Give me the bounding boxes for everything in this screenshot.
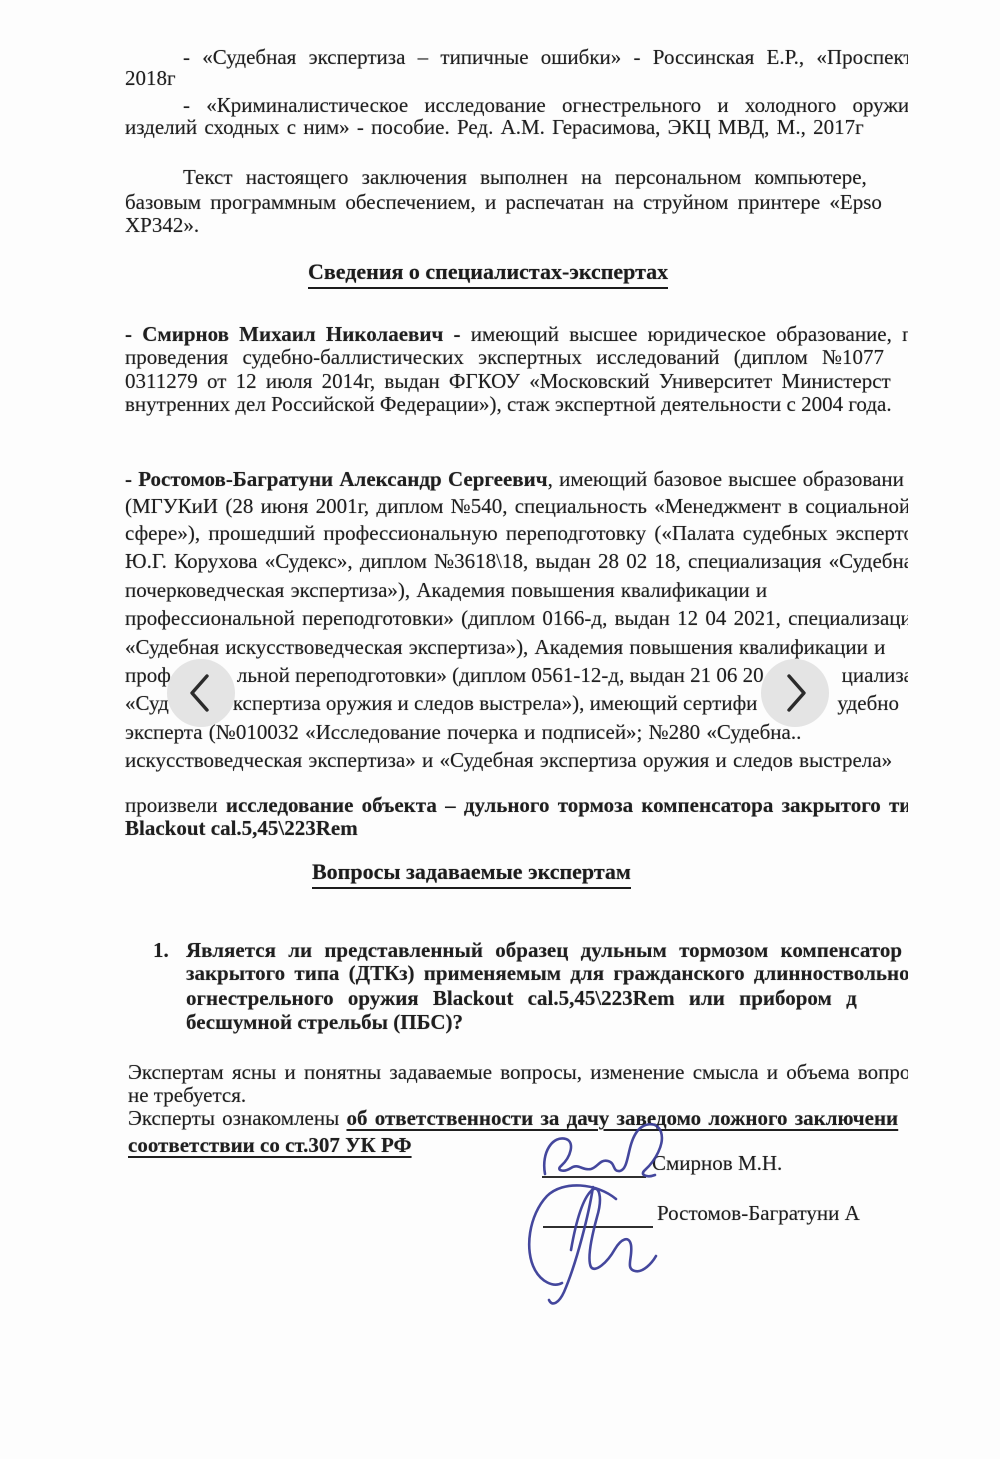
expert2-text: «Суд [125, 691, 169, 715]
expert2-line: - Ростомов-Багратуни Александр Сергеевич… [125, 466, 904, 492]
closing-prefix: Эксперты ознакомлены [128, 1106, 346, 1130]
expert2-line: «Судебная искусствоведческая экспертиза»… [125, 634, 885, 660]
prev-button[interactable] [167, 659, 235, 727]
object-prefix: произвели [125, 793, 226, 817]
section-heading-experts: Сведения о специалистах-экспертах [308, 259, 668, 289]
signature-stroke [544, 1124, 662, 1176]
tech-note-line: базовым программным обеспечением, и расп… [125, 189, 882, 215]
question-number: 1. [153, 937, 169, 963]
expert1-name: - Смирнов Михаил Николаевич - [125, 322, 461, 346]
expert1-line: внутренних дел Российской Федерации»), с… [125, 391, 892, 417]
expert2-text: проф [125, 663, 171, 687]
next-button[interactable] [761, 659, 829, 727]
tech-note-line: Текст настоящего заключения выполнен на … [183, 164, 867, 190]
tech-note-line: XP342». [125, 212, 199, 238]
bibliography-line: изделий сходных с ним» - пособие. Ред. А… [125, 114, 864, 140]
scanned-text-area: - «Судебная экспертиза – типичные ошибки… [0, 0, 908, 1459]
closing-line: соответствии со ст.307 УК РФ [128, 1132, 412, 1158]
expert2-text: льной переподготовки» (диплом 0561-12-д,… [237, 663, 764, 687]
document-page: - «Судебная экспертиза – типичные ошибки… [0, 0, 1000, 1459]
expert2-line: искусствоведческая экспертиза» и «Судебн… [125, 747, 892, 773]
object-line: Blackout cal.5,45\223Rem [125, 815, 358, 841]
expert2-line: почерковедческая экспертиза»), Академия … [125, 577, 767, 603]
expert2-text: , имеющий базовое высшее образовани [548, 467, 904, 491]
bibliography-line: - «Судебная экспертиза – типичные ошибки… [183, 44, 908, 70]
question-line: бесшумной стрельбы (ПБС)? [186, 1009, 463, 1035]
bibliography-line: 2018г [125, 65, 176, 91]
question-line: огнестрельного оружия Blackout cal.5,45\… [186, 985, 857, 1011]
expert2-text: циализа [842, 663, 908, 687]
expert2-text: кспертиза оружия и следов выстрела»), им… [233, 691, 758, 715]
expert2-line: Ю.Г. Корухова «Судекс», диплом №3618\18,… [125, 548, 908, 574]
section-heading-questions: Вопросы задаваемые экспертам [312, 859, 631, 889]
expert1-text: имеющий высшее юридическое образование, … [461, 322, 908, 346]
object-bold: исследование объекта – дульного тормоза … [226, 793, 908, 817]
expert1-line: проведения судебно-баллистических экспер… [125, 344, 884, 370]
expert2-line: профессиональной переподготовки» (диплом… [125, 605, 908, 631]
expert2-name: - Ростомов-Багратуни Александр Сергеевич [125, 467, 548, 491]
expert2-line: (МГУКиИ (28 июня 2001г, диплом №540, спе… [125, 493, 908, 519]
expert2-text: удебно [837, 691, 899, 715]
question-line: закрытого типа (ДТКз) применяемым для гр… [186, 960, 908, 986]
signature-smirnov-image [500, 1110, 720, 1320]
chevron-left-icon [167, 659, 235, 727]
chevron-right-icon [761, 659, 829, 727]
expert2-line: сфере»), прошедший профессиональную пере… [125, 520, 908, 546]
